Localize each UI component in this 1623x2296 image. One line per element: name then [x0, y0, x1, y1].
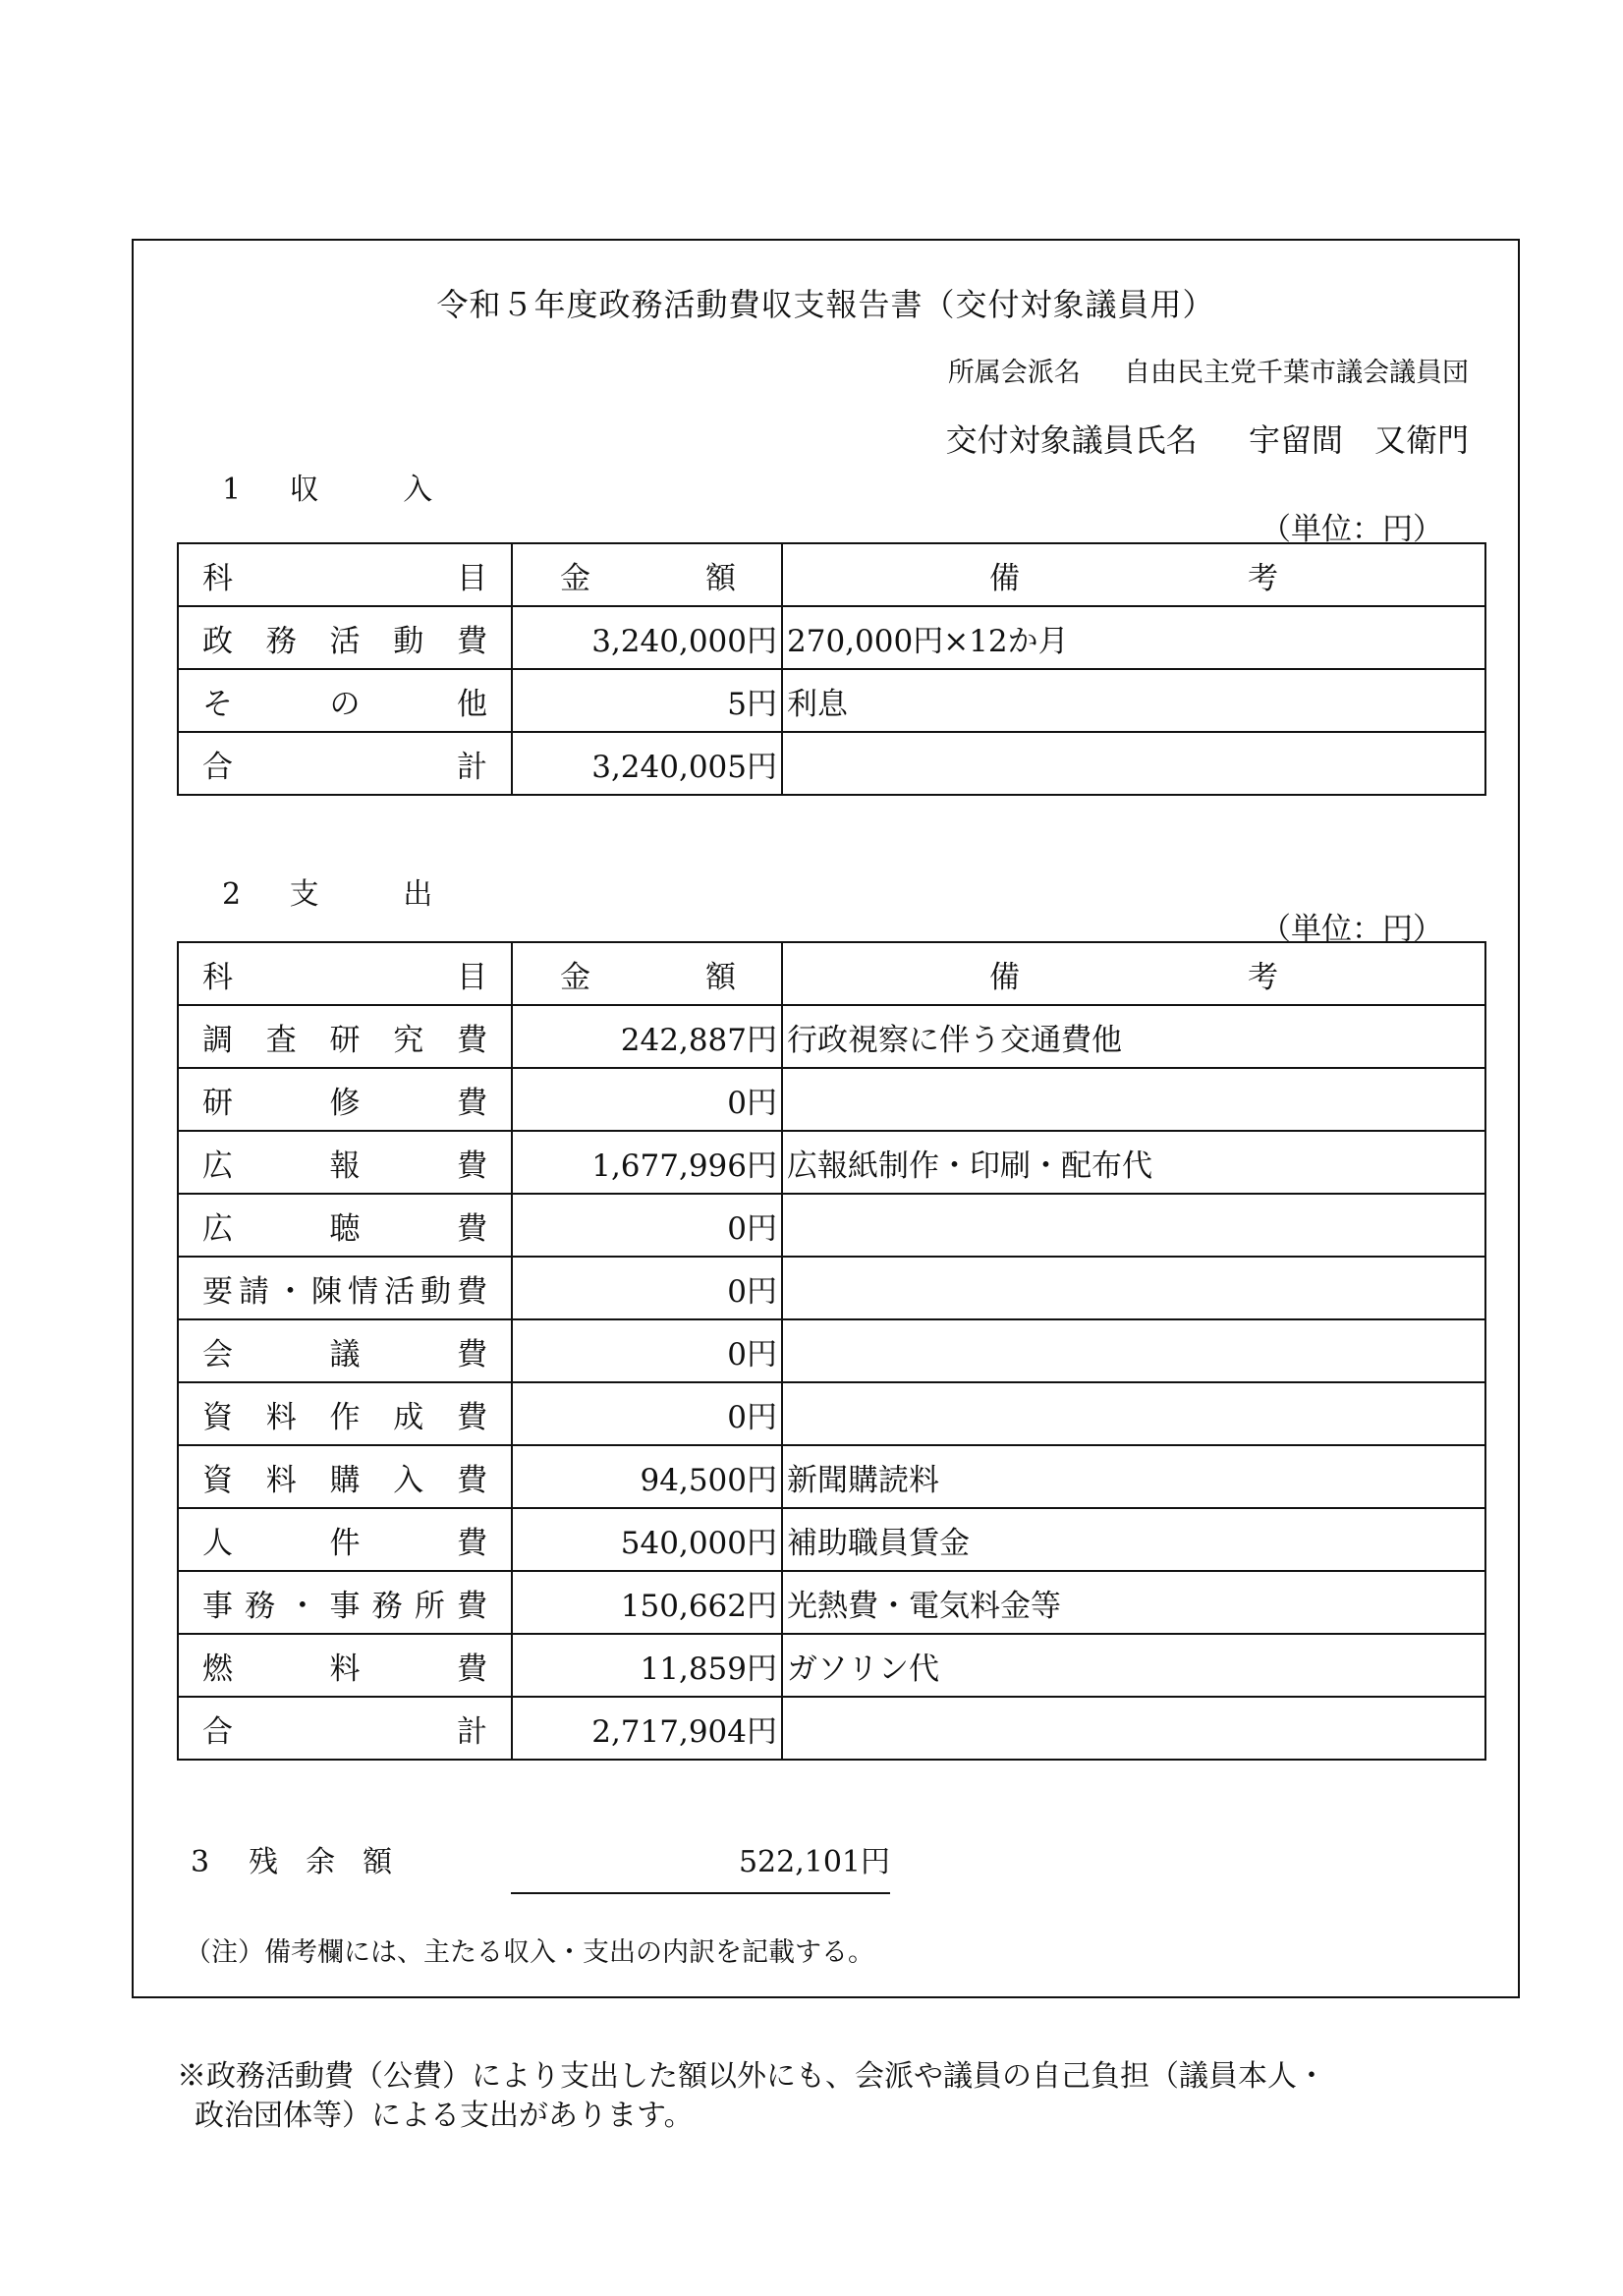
- row-subject: 合計: [178, 1697, 512, 1760]
- table-header-row: 科目 金額 備考: [178, 942, 1485, 1005]
- column-header-amount: 金額: [512, 942, 782, 1005]
- table-total-row: 合計 2,717,904円: [178, 1697, 1485, 1760]
- expense-section-heading: 2 支 出: [222, 869, 432, 913]
- row-subject: 燃料費: [178, 1634, 512, 1697]
- row-amount: 94,500円: [512, 1445, 782, 1508]
- table-row: 資料作成費 0円: [178, 1382, 1485, 1445]
- row-subject: 政務活動費: [178, 606, 512, 669]
- table-row: 広報費 1,677,996円 広報紙制作・印刷・配布代: [178, 1131, 1485, 1194]
- row-subject: 広報費: [178, 1131, 512, 1194]
- row-subject: 要請・陳情活動費: [178, 1257, 512, 1319]
- row-subject: その他: [178, 669, 512, 732]
- row-amount: 1,677,996円: [512, 1131, 782, 1194]
- row-subject: 研修費: [178, 1068, 512, 1131]
- expense-table: 科目 金額 備考 調査研究費 242,887円 行政視察に伴う交通費他 研修費 …: [177, 941, 1486, 1761]
- balance-label: 3残余額: [191, 1837, 420, 1880]
- row-subject: 調査研究費: [178, 1005, 512, 1068]
- column-header-amount: 金額: [512, 543, 782, 606]
- row-amount: 2,717,904円: [512, 1697, 782, 1760]
- row-subject: 人件費: [178, 1508, 512, 1571]
- row-amount: 0円: [512, 1068, 782, 1131]
- row-amount: 3,240,005円: [512, 732, 782, 795]
- table-row: 事務・事務所費 150,662円 光熱費・電気料金等: [178, 1571, 1485, 1634]
- report-title: 令和５年度政務活動費収支報告書（交付対象議員用）: [134, 280, 1518, 325]
- table-total-row: 合計 3,240,005円: [178, 732, 1485, 795]
- table-row: 資料購入費 94,500円 新聞購読料: [178, 1445, 1485, 1508]
- row-remark: [782, 1257, 1485, 1319]
- row-amount: 0円: [512, 1319, 782, 1382]
- table-row: 調査研究費 242,887円 行政視察に伴う交通費他: [178, 1005, 1485, 1068]
- row-remark: ガソリン代: [782, 1634, 1485, 1697]
- footnote-line-1: ※政務活動費（公費）により支出した額以外にも、会派や議員の自己負担（議員本人・: [177, 2057, 1483, 2097]
- row-subject: 事務・事務所費: [178, 1571, 512, 1634]
- row-remark: [782, 1194, 1485, 1257]
- row-amount: 0円: [512, 1194, 782, 1257]
- balance-value: 522,101円: [511, 1837, 890, 1894]
- row-subject: 合計: [178, 732, 512, 795]
- row-amount: 150,662円: [512, 1571, 782, 1634]
- row-subject: 資料作成費: [178, 1382, 512, 1445]
- row-amount: 0円: [512, 1257, 782, 1319]
- table-row: 要請・陳情活動費 0円: [178, 1257, 1485, 1319]
- row-remark: [782, 1319, 1485, 1382]
- table-row: 研修費 0円: [178, 1068, 1485, 1131]
- row-amount: 3,240,000円: [512, 606, 782, 669]
- report-frame: 令和５年度政務活動費収支報告書（交付対象議員用） 所属会派名 自由民主党千葉市議…: [132, 239, 1520, 1998]
- row-amount: 0円: [512, 1382, 782, 1445]
- row-remark: 行政視察に伴う交通費他: [782, 1005, 1485, 1068]
- row-amount: 242,887円: [512, 1005, 782, 1068]
- disclaimer-footnote: ※政務活動費（公費）により支出した額以外にも、会派や議員の自己負担（議員本人・ …: [177, 2057, 1483, 2136]
- income-section-heading: 1 収 入: [222, 465, 432, 508]
- row-remark: 広報紙制作・印刷・配布代: [782, 1131, 1485, 1194]
- faction-line: 所属会派名 自由民主党千葉市議会議員団: [948, 351, 1469, 389]
- row-remark: [782, 732, 1485, 795]
- member-label: 交付対象議員氏名: [946, 421, 1198, 459]
- row-remark: 270,000円×12か月: [782, 606, 1485, 669]
- column-header-subject: 科目: [178, 543, 512, 606]
- column-header-subject: 科目: [178, 942, 512, 1005]
- footnote-line-2: 政治団体等）による支出があります。: [177, 2097, 1483, 2136]
- income-table: 科目 金額 備考 政務活動費 3,240,000円 270,000円×12か月 …: [177, 542, 1486, 796]
- row-remark: 補助職員賃金: [782, 1508, 1485, 1571]
- faction-value: 自由民主党千葉市議会議員団: [1124, 358, 1469, 388]
- member-line: 交付対象議員氏名 宇留間 又衛門: [946, 416, 1469, 461]
- row-amount: 540,000円: [512, 1508, 782, 1571]
- row-subject: 広聴費: [178, 1194, 512, 1257]
- table-row: 人件費 540,000円 補助職員賃金: [178, 1508, 1485, 1571]
- row-remark: [782, 1068, 1485, 1131]
- row-remark: 光熱費・電気料金等: [782, 1571, 1485, 1634]
- row-amount: 11,859円: [512, 1634, 782, 1697]
- faction-label: 所属会派名: [948, 358, 1081, 388]
- table-row: 政務活動費 3,240,000円 270,000円×12か月: [178, 606, 1485, 669]
- row-subject: 会議費: [178, 1319, 512, 1382]
- row-remark: [782, 1382, 1485, 1445]
- column-header-remark: 備考: [782, 543, 1485, 606]
- row-remark: 新聞購読料: [782, 1445, 1485, 1508]
- column-header-remark: 備考: [782, 942, 1485, 1005]
- table-row: 会議費 0円: [178, 1319, 1485, 1382]
- table-row: 燃料費 11,859円 ガソリン代: [178, 1634, 1485, 1697]
- table-row: その他 5円 利息: [178, 669, 1485, 732]
- row-remark: 利息: [782, 669, 1485, 732]
- balance-section: 3残余額 522,101円: [191, 1837, 878, 1886]
- row-remark: [782, 1697, 1485, 1760]
- row-amount: 5円: [512, 669, 782, 732]
- table-header-row: 科目 金額 備考: [178, 543, 1485, 606]
- row-subject: 資料購入費: [178, 1445, 512, 1508]
- member-value: 宇留間 又衛門: [1249, 421, 1469, 459]
- remark-note: （注）備考欄には、主たる収入・支出の内訳を記載する。: [185, 1931, 874, 1969]
- table-row: 広聴費 0円: [178, 1194, 1485, 1257]
